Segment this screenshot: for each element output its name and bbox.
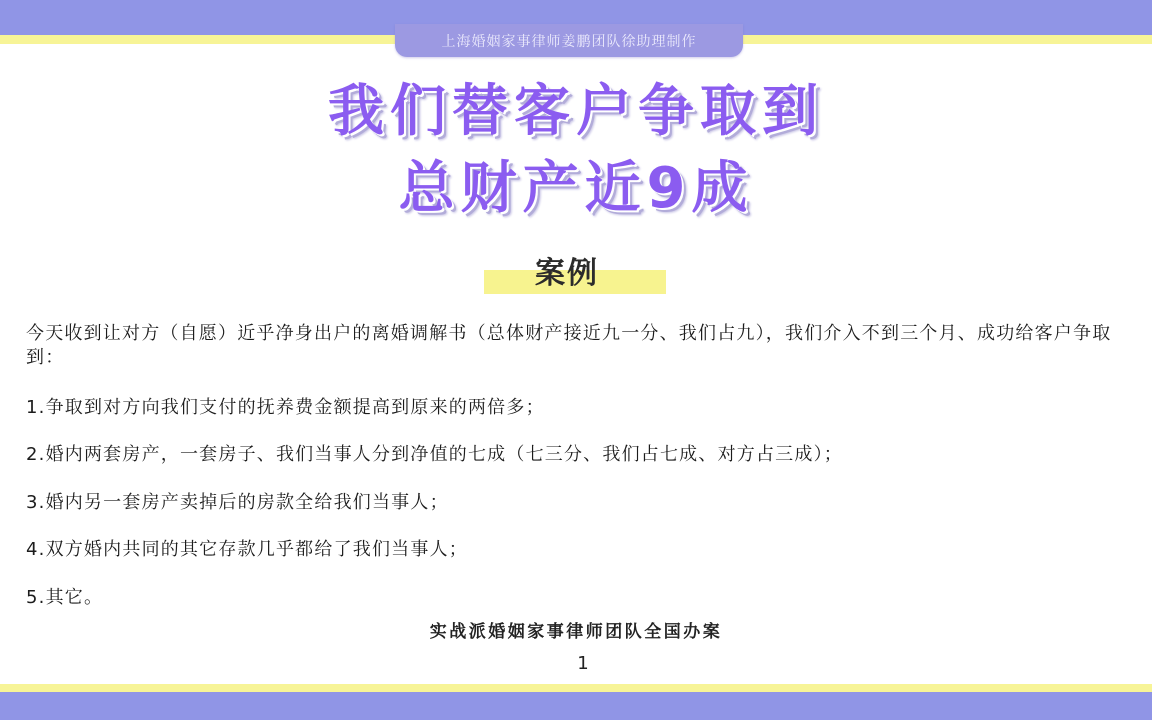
page-title-line-1: 我们替客户争取到 <box>0 80 1152 144</box>
list-item: 4.双方婚内共同的其它存款几乎都给了我们当事人； <box>26 538 468 562</box>
list-item: 5.其它。 <box>26 586 103 610</box>
footer-tagline: 实战派婚姻家事律师团队全国办案 <box>0 617 1152 642</box>
intro-paragraph: 今天收到让对方（自愿）近乎净身出户的离婚调解书（总体财产接近九一分、我们占九），… <box>26 322 1130 370</box>
bottom-yellow-stripe <box>0 684 1152 692</box>
credit-text: 上海婚姻家事律师姜鹏团队徐助理制作 <box>442 31 697 51</box>
credit-badge: 上海婚姻家事律师姜鹏团队徐助理制作 <box>395 24 743 57</box>
list-item: 1.争取到对方向我们支付的抚养费金额提高到原来的两倍多； <box>26 396 545 420</box>
page-number: 1 <box>0 653 1152 674</box>
section-heading-block: 案例 <box>484 246 666 296</box>
page-title-line-2: 总财产近9成 <box>0 157 1152 221</box>
list-item: 3.婚内另一套房产卖掉后的房款全给我们当事人； <box>26 491 449 515</box>
section-heading: 案例 <box>484 248 650 292</box>
bottom-banner-band <box>0 692 1152 720</box>
list-item: 2.婚内两套房产，一套房子、我们当事人分到净值的七成（七三分、我们占七成、对方占… <box>26 443 843 467</box>
